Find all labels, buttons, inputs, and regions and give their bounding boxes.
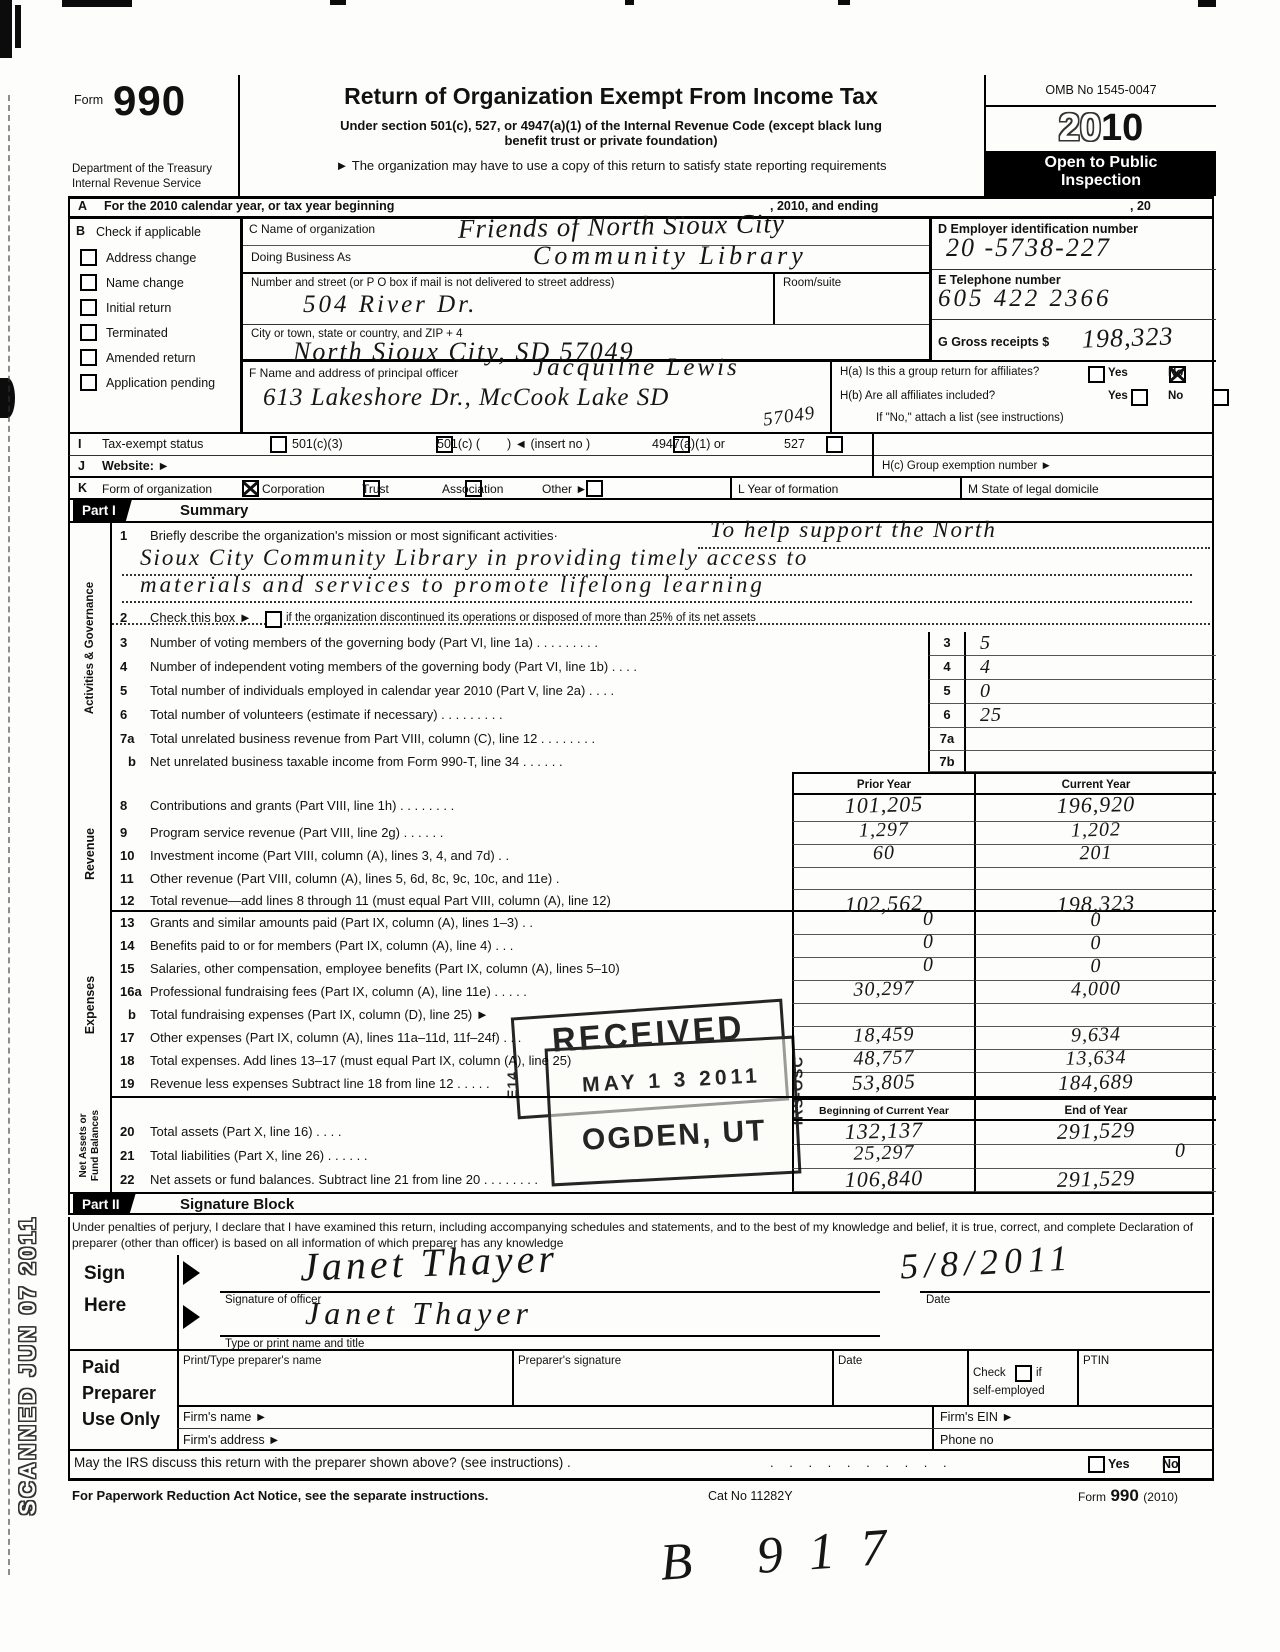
line-number: 14 (110, 935, 150, 958)
handwritten-amount: 101,205 (794, 790, 975, 821)
use-only-word: Use Only (82, 1409, 160, 1430)
line19-current-cell[interactable]: 184,689 (974, 1073, 1216, 1098)
handwritten-amount: 53,805 (794, 1068, 975, 1098)
line1-label: Briefly describe the organization's miss… (150, 528, 558, 543)
checkbox-name-change[interactable] (80, 274, 97, 291)
officer-address-value[interactable]: 613 Lakeshore Dr., McCook Lake SD (263, 384, 669, 412)
line-number: 12 (110, 890, 150, 912)
line-label: Total number of volunteers (estimate if … (150, 704, 928, 728)
firms-ein-label: Firm's EIN ► (940, 1410, 1014, 1424)
paid-preparer-block: Paid Preparer Use Only Print/Type prepar… (68, 1351, 1214, 1451)
scan-artifact (838, 0, 850, 5)
preparer-signature-field[interactable] (518, 1371, 818, 1401)
label-name-change: Name change (106, 276, 184, 290)
status-501c-label: 501(c) ( (437, 437, 480, 451)
state-of-domicile-label: M State of legal domicile (968, 482, 1099, 496)
line-number: 21 (110, 1145, 150, 1169)
website-row: J Website: ► H(c) Group exemption number… (68, 456, 1214, 478)
phone-value[interactable]: 605 422 2366 (938, 285, 1112, 313)
sign-word: Sign (84, 1263, 125, 1285)
line10-prior-cell[interactable]: 60 (792, 845, 974, 868)
part2-title: Signature Block (180, 1196, 294, 1213)
discuss-question: May the IRS discuss this return with the… (74, 1455, 571, 1470)
printed-name-arrow-icon (183, 1305, 200, 1329)
dba-value[interactable]: Community Library (533, 241, 807, 271)
principal-officer-block: F Name and address of principal officer … (243, 362, 832, 434)
website-label[interactable]: Website: ► (102, 459, 170, 473)
gross-receipts-label: G Gross receipts $ (938, 335, 1049, 349)
box-b-title: Check if applicable (96, 225, 201, 239)
tax-year-outline: 20 (1059, 107, 1101, 149)
phone-no-label: Phone no (940, 1433, 994, 1447)
line7a-value-cell[interactable] (966, 728, 1216, 751)
line2-post: if the organization discontinued its ope… (286, 612, 756, 624)
form-of-organization-row: K Form of organization Corporation Trust… (68, 478, 1214, 500)
discontinued-checkbox[interactable] (265, 611, 282, 628)
handwritten-amount: 4,000 (976, 975, 1217, 1004)
form-title: Return of Organization Exempt From Incom… (238, 83, 984, 110)
line-number: b (110, 1004, 150, 1027)
line-label: Number of independent voting members of … (150, 656, 928, 680)
tax-exempt-label: Tax-exempt status (102, 437, 203, 451)
room-suite-label: Room/suite (783, 277, 841, 289)
handwritten-value: 4 (980, 656, 991, 678)
street-label: Number and street (or P O box if mail is… (251, 277, 614, 289)
ha-yes-label: Yes (1108, 367, 1128, 379)
checkbox-terminated[interactable] (80, 324, 97, 341)
line-number: 6 (110, 704, 150, 728)
line-label: Program service revenue (Part VIII, line… (150, 822, 792, 845)
line-number: 20 (110, 1121, 150, 1145)
form-subtitle: Under section 501(c), 527, or 4947(a)(1)… (331, 118, 891, 148)
hb-label: H(b) Are all affiliates included? (840, 390, 995, 402)
discuss-yes-checkbox[interactable] (1088, 1456, 1105, 1473)
part1-tag: Part I (73, 500, 132, 521)
hb-no-checkbox[interactable] (1212, 389, 1229, 406)
group-exemption-label: H(c) Group exemption number ► (882, 460, 1052, 472)
part1-header-bar: Part I Summary (68, 500, 1214, 523)
line16a-current-cell[interactable]: 4,000 (974, 981, 1216, 1004)
checkbox-address-change[interactable] (80, 249, 97, 266)
line3-value-cell[interactable]: 5 (966, 632, 1216, 656)
status-527-label: 527 (784, 437, 805, 451)
line-label: Investment income (Part VIII, column (A)… (150, 845, 792, 868)
label-terminated: Terminated (106, 326, 168, 340)
paperwork-notice: For Paperwork Reduction Act Notice, see … (72, 1488, 488, 1503)
line-number: 16a (110, 981, 150, 1004)
sign-here-block: Sign Here Janet Thayer Signature of offi… (68, 1255, 1214, 1351)
mission-line-2[interactable]: Sioux City Community Library in providin… (140, 545, 808, 571)
label-application-pending: Application pending (106, 376, 215, 390)
preparer-word: Preparer (82, 1383, 156, 1404)
preparer-name-field[interactable] (183, 1371, 503, 1401)
box-b-letter: B (76, 224, 85, 238)
ha-yes-checkbox[interactable] (1088, 366, 1105, 383)
other-label: Other ► (542, 482, 587, 496)
handwritten-bottom-note: B 917 (658, 1516, 914, 1592)
line-label: Number of voting members of the governin… (150, 632, 928, 656)
footer-form-year: (2010) (1143, 1490, 1178, 1504)
line-label: Benefits paid to or for members (Part IX… (150, 935, 792, 958)
discuss-yes-label: Yes (1108, 1457, 1130, 1471)
stamp-city-text: OGDEN, UT (552, 1113, 797, 1160)
self-employed-label: self-employed (973, 1385, 1045, 1397)
line11-prior-cell[interactable] (792, 868, 974, 890)
association-label: Association (442, 482, 503, 496)
handwritten-amount: 30,297 (794, 976, 975, 1004)
handwritten-amount: 106,840 (794, 1164, 975, 1195)
net-assets-side-label: Net Assets or Fund Balances (70, 1098, 110, 1192)
line-label: Total number of individuals employed in … (150, 680, 928, 704)
line-box-number: 7b (928, 751, 966, 772)
scanned-date-stamp: SCANNED JUN 07 2011 (4, 1185, 52, 1545)
line-number: 18 (110, 1050, 150, 1073)
line-number: 15 (110, 958, 150, 981)
scan-artifact (15, 5, 21, 48)
stamp-left-code: E14 (504, 1071, 520, 1099)
line-a-text-2: , 2010, and ending (770, 199, 878, 213)
line6-value-cell[interactable]: 25 (966, 704, 1216, 728)
line2-pre: Check this box ► (150, 610, 252, 625)
discuss-dot-leader: . . . . . . . . . . (770, 1455, 953, 1470)
preparer-name-label: Print/Type preparer's name (183, 1355, 321, 1367)
line-box-number: 6 (928, 704, 966, 728)
form-word: Form (74, 93, 103, 107)
ein-value[interactable]: 20 -5738-227 (946, 233, 1111, 263)
ein-phone-receipts-column: D Employer identification number 20 -573… (932, 219, 1216, 362)
revenue-side-label: Revenue (70, 795, 110, 912)
line-a-text-3: , 20 (1130, 199, 1151, 213)
line-number: 10 (110, 845, 150, 868)
line-number: 13 (110, 912, 150, 935)
ptin-label: PTIN (1083, 1355, 1109, 1367)
form-number: 990 (113, 77, 186, 125)
corporation-checkbox-checked[interactable] (242, 480, 259, 497)
date-label: Date (926, 1294, 950, 1306)
trust-label: Trust (362, 482, 389, 496)
line-label: Contributions and grants (Part VIII, lin… (150, 795, 792, 822)
corporation-label: Corporation (262, 482, 325, 496)
line11-current-cell[interactable] (974, 868, 1216, 890)
officer-signature[interactable]: Janet Thayer (299, 1235, 558, 1291)
line-number: b (110, 751, 150, 772)
form-header: Form 990 Department of the Treasury Inte… (68, 75, 1214, 199)
line-number: 11 (110, 868, 150, 890)
line4-value-cell[interactable]: 4 (966, 656, 1216, 680)
state-reporting-note: ► The organization may have to use a cop… (238, 158, 984, 173)
ha-label: H(a) Is this a group return for affiliat… (840, 366, 1039, 378)
catalog-number: Cat No 11282Y (708, 1489, 793, 1503)
line-label: Grants and similar amounts paid (Part IX… (150, 912, 792, 935)
page-footer: For Paperwork Reduction Act Notice, see … (68, 1486, 1214, 1510)
identification-block: B Check if applicable Address change Nam… (68, 219, 1214, 434)
paid-word: Paid (82, 1357, 120, 1378)
scanned-form-990-page: Form 990 Department of the Treasury Inte… (0, 0, 1280, 1652)
tax-exempt-status-row: I Tax-exempt status 501(c)(3) 501(c) ( )… (68, 434, 1214, 456)
label-initial-return: Initial return (106, 301, 171, 315)
preparer-date-label: Date (838, 1355, 862, 1367)
line1-number: 1 (120, 528, 127, 543)
hb-yes-label: Yes (1108, 390, 1128, 402)
footer-form-word: Form (1078, 1490, 1106, 1504)
scan-artifact (62, 0, 132, 7)
mission-line-1[interactable]: To help support the North (710, 517, 997, 543)
handwritten-amount: 60 (794, 840, 975, 868)
firms-name-field[interactable] (330, 1408, 920, 1426)
ha-no-label: No (1168, 367, 1183, 379)
part1-title: Summary (180, 502, 248, 519)
signature-arrow-icon (183, 1261, 200, 1285)
checkbox-initial-return[interactable] (80, 299, 97, 316)
irs-received-stamp: RECEIVED MAY 1 3 2011 OGDEN, UT E14 IRS-… (500, 1000, 820, 1200)
group-return-block: H(a) Is this a group return for affiliat… (834, 362, 1216, 434)
mission-line-3[interactable]: materials and services to promote lifelo… (140, 572, 765, 598)
status-501c3-label: 501(c)(3) (292, 437, 343, 451)
gross-receipts-value[interactable]: 198,323 (1082, 321, 1174, 354)
line-label: Total revenue—add lines 8 through 11 (mu… (150, 890, 792, 912)
line-label: Net unrelated business taxable income fr… (150, 751, 928, 772)
checkbox-application-pending[interactable] (80, 374, 97, 391)
org-name-label: C Name of organization (249, 222, 375, 236)
org-name-value[interactable]: Friends of North Sioux City (458, 208, 785, 245)
line-box-number: 5 (928, 680, 966, 704)
stamp-right-code: IRS-OSC (790, 1055, 807, 1125)
line-label: Total unrelated business revenue from Pa… (150, 728, 928, 751)
check-if-label: if (1036, 1367, 1042, 1379)
here-word: Here (84, 1295, 126, 1317)
check-label: Check (973, 1367, 1006, 1379)
line2-number: 2 (120, 610, 127, 625)
status-4947-label: 4947(a)(1) or (652, 437, 725, 451)
firms-address-label: Firm's address ► (183, 1433, 280, 1447)
other-checkbox[interactable] (586, 480, 603, 497)
hb-yes-checkbox[interactable] (1131, 389, 1148, 406)
line-number: 9 (110, 822, 150, 845)
scan-artifact (1198, 0, 1216, 7)
dept-line-1: Department of the Treasury (72, 163, 212, 175)
omb-number: OMB No 1545-0047 (986, 75, 1216, 97)
self-employed-checkbox[interactable] (1015, 1365, 1032, 1382)
line22-current-cell[interactable]: 291,529 (974, 1169, 1216, 1192)
line7b-value-cell[interactable] (966, 751, 1216, 772)
handwritten-value: 25 (980, 704, 1002, 726)
form-org-label: Form of organization (102, 482, 212, 496)
row-j-letter: J (78, 459, 85, 473)
scan-artifact (330, 0, 346, 5)
line-label: Other revenue (Part VIII, column (A), li… (150, 868, 792, 890)
handwritten-value: 5 (980, 632, 991, 654)
printed-name-value[interactable]: Janet Thayer (305, 1295, 533, 1332)
officer-zip-value[interactable]: 57049 (762, 402, 817, 431)
line-box-number: 3 (928, 632, 966, 656)
open-to-public-badge: Open to Public Inspection (986, 151, 1216, 196)
activities-governance-side-label: Activities & Governance (70, 523, 110, 772)
handwritten-amount: 201 (976, 839, 1217, 868)
line-a-text: For the 2010 calendar year, or tax year … (104, 199, 394, 213)
discuss-no-label: No (1162, 1457, 1179, 1471)
tax-year-bold: 10 (1101, 107, 1143, 149)
signature-date-value[interactable]: 5/8/2011 (899, 1236, 1074, 1287)
hb-note: If "No," attach a list (see instructions… (876, 412, 1064, 424)
firms-name-label: Firm's name ► (183, 1410, 267, 1424)
line-number: 4 (110, 656, 150, 680)
line-number: 8 (110, 795, 150, 822)
expenses-side-label: Expenses (70, 912, 110, 1098)
line-number: 22 (110, 1169, 150, 1192)
handwritten-value: 0 (980, 680, 991, 702)
irs-discuss-row: May the IRS discuss this return with the… (68, 1451, 1214, 1481)
line-number: 5 (110, 680, 150, 704)
line-label: Salaries, other compensation, employee b… (150, 958, 792, 981)
row-k-letter: K (78, 481, 87, 495)
scan-artifact (0, 0, 12, 58)
street-value[interactable]: 504 River Dr. (303, 291, 477, 319)
officer-name-value[interactable]: Jacquilne Lewis (533, 354, 740, 382)
line-number: 17 (110, 1027, 150, 1050)
year-of-formation-label: L Year of formation (738, 482, 838, 496)
handwritten-amount: 184,689 (976, 1067, 1217, 1098)
type-or-print-label: Type or print name and title (225, 1338, 364, 1350)
part2-tag: Part II (73, 1194, 136, 1215)
handwritten-amount: 291,529 (976, 1163, 1217, 1195)
status-501c3-checkbox[interactable] (270, 436, 287, 453)
row-i-letter: I (78, 437, 81, 451)
status-527-checkbox[interactable] (826, 436, 843, 453)
label-address-change: Address change (106, 251, 196, 265)
footer-form-number: 990 (1110, 1486, 1138, 1505)
organization-name-block: C Name of organization Friends of North … (243, 219, 932, 362)
stamp-date-text: MAY 1 3 2011 (549, 1063, 794, 1100)
label-amended-return: Amended return (106, 351, 196, 365)
line5-value-cell[interactable]: 0 (966, 680, 1216, 704)
officer-label: F Name and address of principal officer (249, 366, 458, 380)
firms-address-field[interactable] (330, 1431, 920, 1449)
dept-line-2: Internal Revenue Service (72, 178, 201, 190)
line-box-number: 7a (928, 728, 966, 751)
line-number: 3 (110, 632, 150, 656)
line-box-number: 4 (928, 656, 966, 680)
scan-artifact (625, 0, 634, 5)
line-number: 7a (110, 728, 150, 751)
handwritten-amount: 25,297 (794, 1140, 975, 1168)
checkbox-amended-return[interactable] (80, 349, 97, 366)
preparer-signature-label: Preparer's signature (518, 1355, 621, 1367)
status-insert-no-label: ) ◄ (insert no ) (507, 437, 590, 451)
dba-label: Doing Business As (251, 250, 351, 264)
line-a-letter: A (78, 199, 87, 213)
hb-no-label: No (1168, 390, 1183, 402)
line10-current-cell[interactable]: 201 (974, 845, 1216, 868)
line-number: 19 (110, 1073, 150, 1098)
